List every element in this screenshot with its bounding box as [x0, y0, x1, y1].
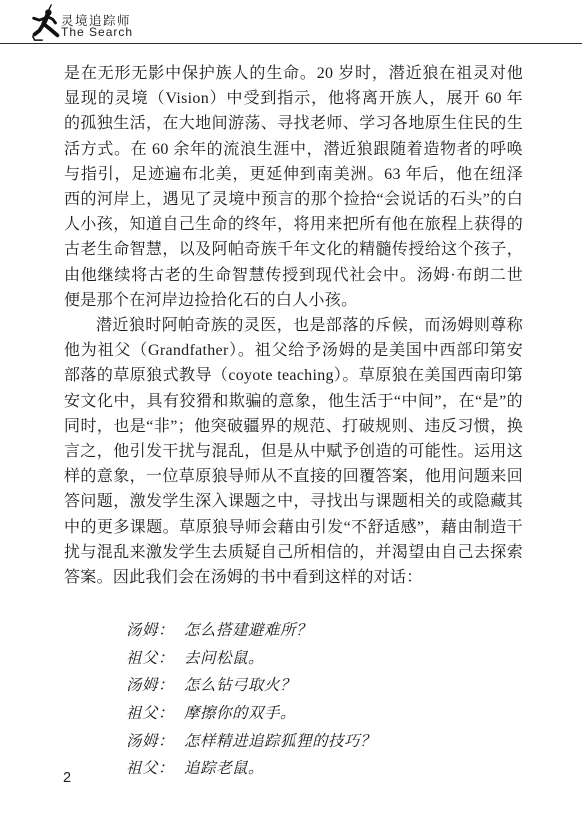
dialogue-text: 摩擦你的双手。: [184, 700, 296, 728]
dialogue-speaker: 汤姆：: [126, 728, 174, 756]
page-header: 灵境追踪师 The Search: [0, 0, 582, 44]
dialogue-speaker: 祖父：: [126, 700, 174, 728]
page-number: 2: [63, 770, 71, 786]
dialogue-speaker: 祖父：: [126, 645, 174, 673]
paragraph-2: 潜近狼时阿帕奇族的灵医，也是部落的斥候，而汤姆则尊称他为祖父（Grandfath…: [64, 313, 523, 590]
dialogue-text: 去问松鼠。: [184, 645, 264, 673]
dialogue-line: 汤姆：怎么钻弓取火？: [126, 672, 523, 700]
dialogue-line: 汤姆：怎么搭建避难所？: [126, 617, 523, 645]
dialogue-line: 汤姆：怎样精进追踪狐狸的技巧？: [126, 728, 523, 756]
book-title-english: The Search: [61, 25, 133, 39]
dialogue-text: 追踪老鼠。: [184, 755, 264, 783]
book-page: 灵境追踪师 The Search 是在无形无影中保护族人的生命。20 岁时，潜近…: [0, 0, 582, 835]
page-body: 是在无形无影中保护族人的生命。20 岁时，潜近狼在祖灵对他显现的灵境（Visio…: [64, 61, 523, 783]
header-divider: [0, 43, 582, 44]
dialogue-text: 怎样精进追踪狐狸的技巧？: [184, 728, 376, 756]
dialogue-speaker: 汤姆：: [126, 617, 174, 645]
dialogue-text: 怎么搭建避难所？: [184, 617, 312, 645]
dialogue-line: 祖父：摩擦你的双手。: [126, 700, 523, 728]
paragraph-1: 是在无形无影中保护族人的生命。20 岁时，潜近狼在祖灵对他显现的灵境（Visio…: [64, 61, 523, 313]
dialogue-speaker: 祖父：: [126, 755, 174, 783]
dialogue-line: 祖父：去问松鼠。: [126, 645, 523, 673]
dialogue-speaker: 汤姆：: [126, 672, 174, 700]
running-figure-logo-icon: [30, 4, 62, 42]
dialogue-text: 怎么钻弓取火？: [184, 672, 296, 700]
dialogue-block: 汤姆：怎么搭建避难所？ 祖父：去问松鼠。 汤姆：怎么钻弓取火？ 祖父：摩擦你的双…: [64, 617, 523, 783]
dialogue-line: 祖父：追踪老鼠。: [126, 755, 523, 783]
